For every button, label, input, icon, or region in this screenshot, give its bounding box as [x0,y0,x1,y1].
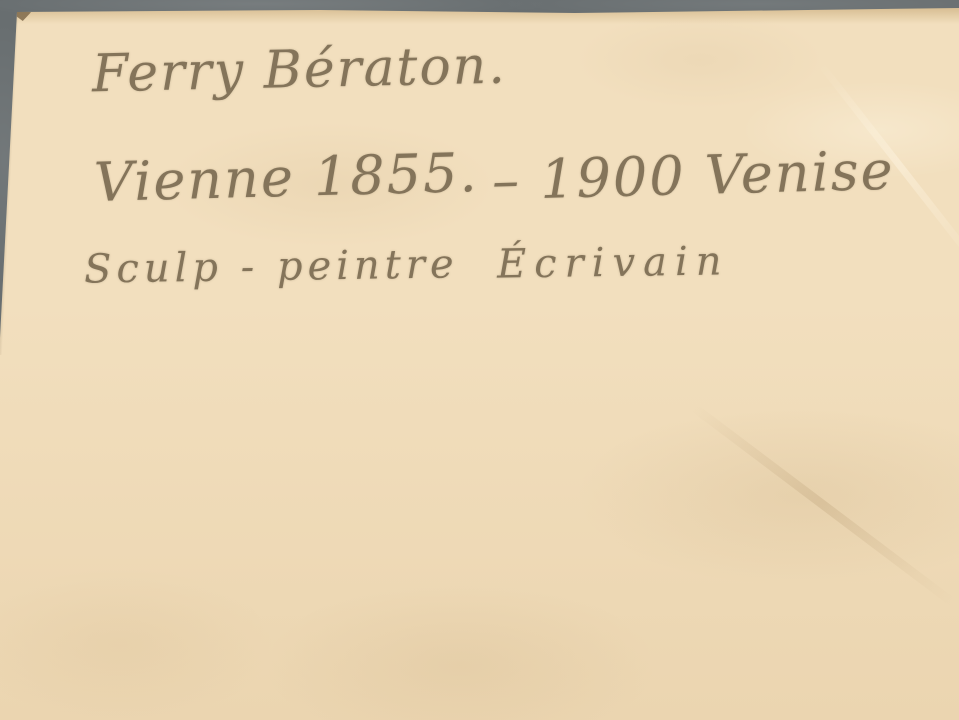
handwriting-birth-line: Vienne 1855. [93,141,479,214]
handwriting-profession-line: Sculp - peintre [84,241,459,292]
handwriting-death-line: – 1900 Venise [491,139,895,213]
handwriting-profession-writer: Écrivain [497,238,730,287]
paper-crease-smudge [687,401,956,607]
paper-card: Ferry Bératon. Vienne 1855. – 1900 Venis… [0,0,959,720]
handwriting-name-line: Ferry Bératon. [91,36,507,105]
photo-frame: Ferry Bératon. Vienne 1855. – 1900 Venis… [0,0,959,720]
paper-left-edge-shadow [0,10,19,355]
